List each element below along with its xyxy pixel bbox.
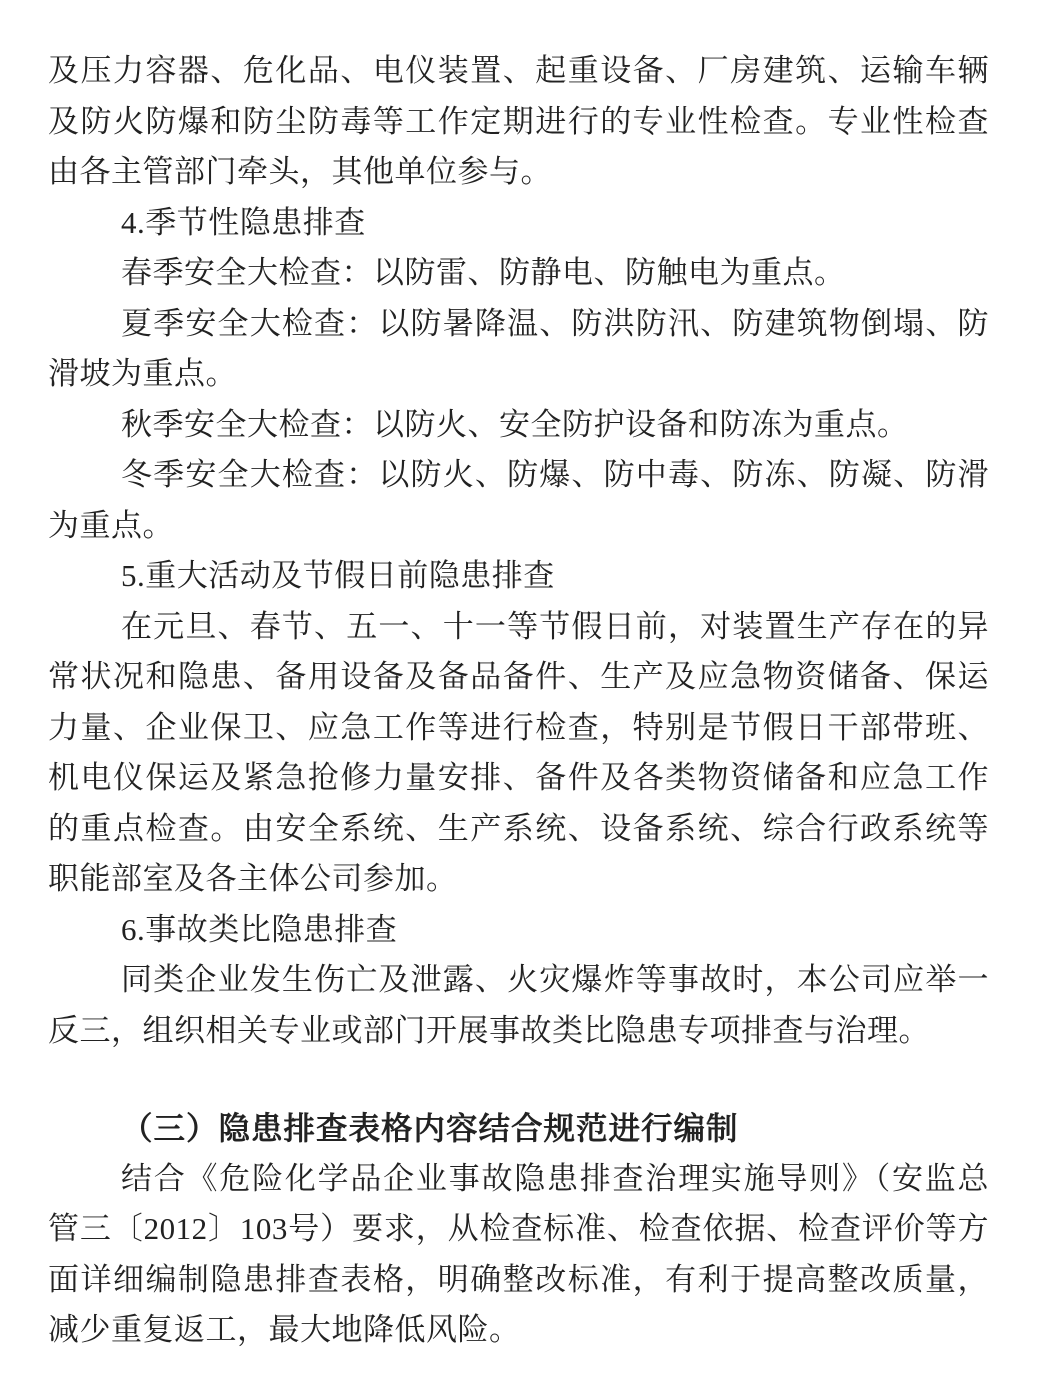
text-line: 力量、企业保卫、应急工作等进行检查，特别是节假日干部带班、 xyxy=(48,703,989,754)
text-line: 面详细编制隐患排查表格，明确整改标准，有利于提高整改质量， xyxy=(48,1255,989,1306)
text-line: 在元旦、春节、五一、十一等节假日前，对装置生产存在的异 xyxy=(48,602,989,653)
text-line: 及压力容器、危化品、电仪装置、起重设备、厂房建筑、运输车辆 xyxy=(48,46,989,97)
text-line: 职能部室及各主体公司参加。 xyxy=(48,854,989,905)
text-line: 由各主管部门牵头，其他单位参与。 xyxy=(48,147,989,198)
text-line: 为重点。 xyxy=(48,501,989,552)
document-page: 及压力容器、危化品、电仪装置、起重设备、厂房建筑、运输车辆及防火防爆和防尘防毒等… xyxy=(0,0,1043,1399)
document-text-column: 及压力容器、危化品、电仪装置、起重设备、厂房建筑、运输车辆及防火防爆和防尘防毒等… xyxy=(48,46,989,1356)
text-line: 结合《危险化学品企业事故隐患排查治理实施导则》（安监总 xyxy=(48,1154,989,1205)
text-line: 常状况和隐患、备用设备及备品备件、生产及应急物资储备、保运 xyxy=(48,652,989,703)
text-line: 的重点检查。由安全系统、生产系统、设备系统、综合行政系统等 xyxy=(48,804,989,855)
text-line: 及防火防爆和防尘防毒等工作定期进行的专业性检查。专业性检查 xyxy=(48,97,989,148)
section-heading: （三）隐患排查表格内容结合规范进行编制 xyxy=(48,1103,989,1154)
text-line: 6.事故类比隐患排查 xyxy=(48,905,989,956)
text-line: 滑坡为重点。 xyxy=(48,349,989,400)
text-line: 机电仪保运及紧急抢修力量安排、备件及各类物资储备和应急工作 xyxy=(48,753,989,804)
text-line: 春季安全大检查：以防雷、防静电、防触电为重点。 xyxy=(48,248,989,299)
text-line: 冬季安全大检查：以防火、防爆、防中毒、防冻、防凝、防滑 xyxy=(48,450,989,501)
text-line: 同类企业发生伤亡及泄露、火灾爆炸等事故时，本公司应举一 xyxy=(48,955,989,1006)
text-line: 4.季节性隐患排查 xyxy=(48,198,989,249)
text-line: 减少重复返工，最大地降低风险。 xyxy=(48,1305,989,1356)
text-line: 反三，组织相关专业或部门开展事故类比隐患专项排查与治理。 xyxy=(48,1006,989,1057)
text-line: 夏季安全大检查：以防暑降温、防洪防汛、防建筑物倒塌、防 xyxy=(48,299,989,350)
text-line: 管三〔2012〕103号）要求，从检查标准、检查依据、检查评价等方 xyxy=(48,1204,989,1255)
text-line: 秋季安全大检查：以防火、安全防护设备和防冻为重点。 xyxy=(48,400,989,451)
text-line: 5.重大活动及节假日前隐患排查 xyxy=(48,551,989,602)
